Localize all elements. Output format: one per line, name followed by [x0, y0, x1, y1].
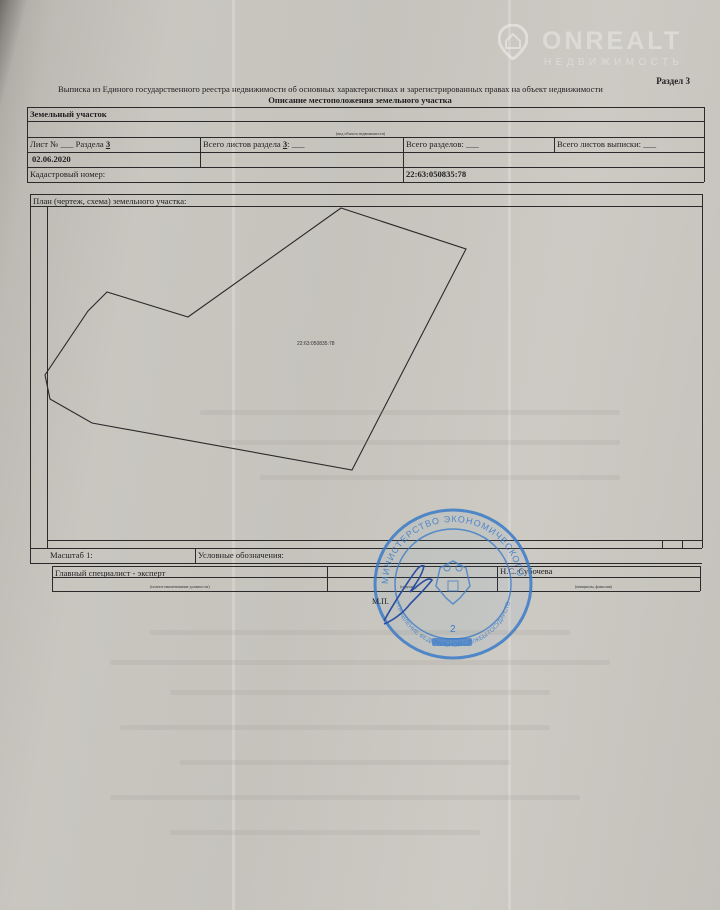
section-label: Раздел 3: [656, 76, 690, 86]
cadastral-number-label: Кадастровый номер:: [30, 169, 105, 179]
total-sections-field: Всего разделов: ___: [406, 139, 479, 149]
cadastral-number-value: 22:63:050835:78: [406, 169, 466, 179]
parcel-label: 22:63:050835:78: [297, 341, 335, 347]
watermark-brand: ONREALT: [542, 27, 682, 56]
total-sheets-extract-field: Всего листов выписки: ___: [557, 139, 656, 149]
position-title: Главный специалист - эксперт: [55, 568, 165, 578]
object-type-caption: (вид объекта недвижимости): [336, 131, 385, 136]
house-pin-icon: [498, 24, 528, 60]
watermark-subtitle: НЕДВИЖИМОСТЬ: [544, 57, 683, 68]
sheet-number-field: Лист № ___ Раздела 3: [30, 139, 110, 149]
extract-date: 02.06.2020: [32, 154, 71, 164]
total-sheets-section-field: Всего листов раздела 3: ___: [203, 139, 305, 149]
scale-label: Масштаб 1:: [50, 550, 93, 560]
object-type: Земельный участок: [30, 109, 107, 119]
seal-mark: М.П.: [372, 597, 389, 606]
legend-label: Условные обозначения:: [198, 550, 284, 560]
document-subtitle: Описание местоположения земельного участ…: [0, 95, 720, 105]
signer-name-caption: (инициалы, фамилия): [575, 584, 612, 589]
position-caption: (полное наименование должности): [150, 584, 210, 589]
official-stamp: МИНИСТЕРСТВО ЭКОНОМИЧЕСКОГО РАЗВИТИЯ РОС…: [370, 506, 536, 662]
document-title: Выписка из Единого государственного реес…: [58, 84, 603, 94]
parcel-boundary: [45, 208, 466, 470]
